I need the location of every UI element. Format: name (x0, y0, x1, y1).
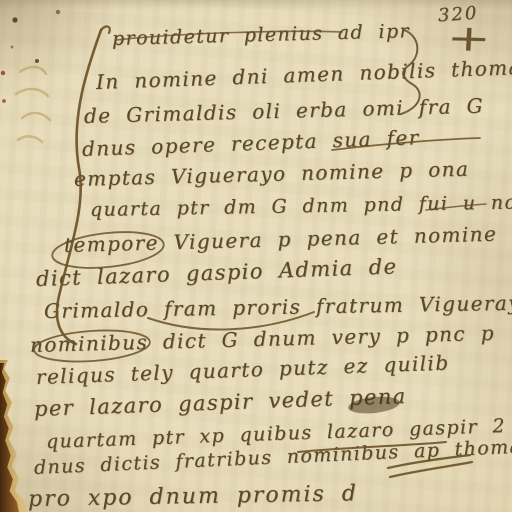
ghost-mark (16, 89, 48, 96)
manuscript-line: Grimaldo fram proris fratrum Viguerays (44, 290, 512, 323)
ink-spot (2, 99, 6, 103)
ink-spot (35, 59, 39, 63)
manuscript-line: quarta ptr dm G dnm pnd fui u no (90, 192, 512, 221)
ink-spot (12, 17, 17, 22)
manuscript-line: prouidetur plenius ad ipr (112, 20, 411, 50)
manuscript-line: dnus opere recepta sua fer (82, 125, 420, 161)
ghost-mark (22, 113, 50, 120)
manuscript-line: dict lazaro gaspio Admia de (36, 254, 398, 291)
page-edge-damage (0, 363, 19, 512)
strikethrough-stroke (390, 462, 472, 477)
paraph-flourish-hook (101, 26, 110, 33)
ghost-mark (20, 67, 46, 74)
manuscript-line: pro xpo dnum promis d (28, 481, 358, 512)
ink-spot (56, 10, 60, 14)
manuscript-line: In nomine dni amen nobilis thomas (96, 55, 512, 94)
manuscript-page: 320 + prouidetur plenius ad ipr In nomin… (0, 0, 512, 512)
ink-spot (11, 46, 14, 49)
manuscript-line: emptas Viguerayo nomine p ona (74, 157, 470, 191)
ink-spot (1, 71, 5, 75)
cross-mark: + (446, 18, 492, 60)
manuscript-line: reliqus tely quarto putz ez quilib (36, 351, 450, 389)
ghost-mark (18, 136, 42, 142)
manuscript-line: de Grimaldis oli erba omi fra G (84, 94, 485, 128)
manuscript-line: per lazaro gaspir vedet pena (34, 384, 407, 421)
manuscript-line: tempore Viguera p pena et nomine 2 (64, 221, 512, 257)
